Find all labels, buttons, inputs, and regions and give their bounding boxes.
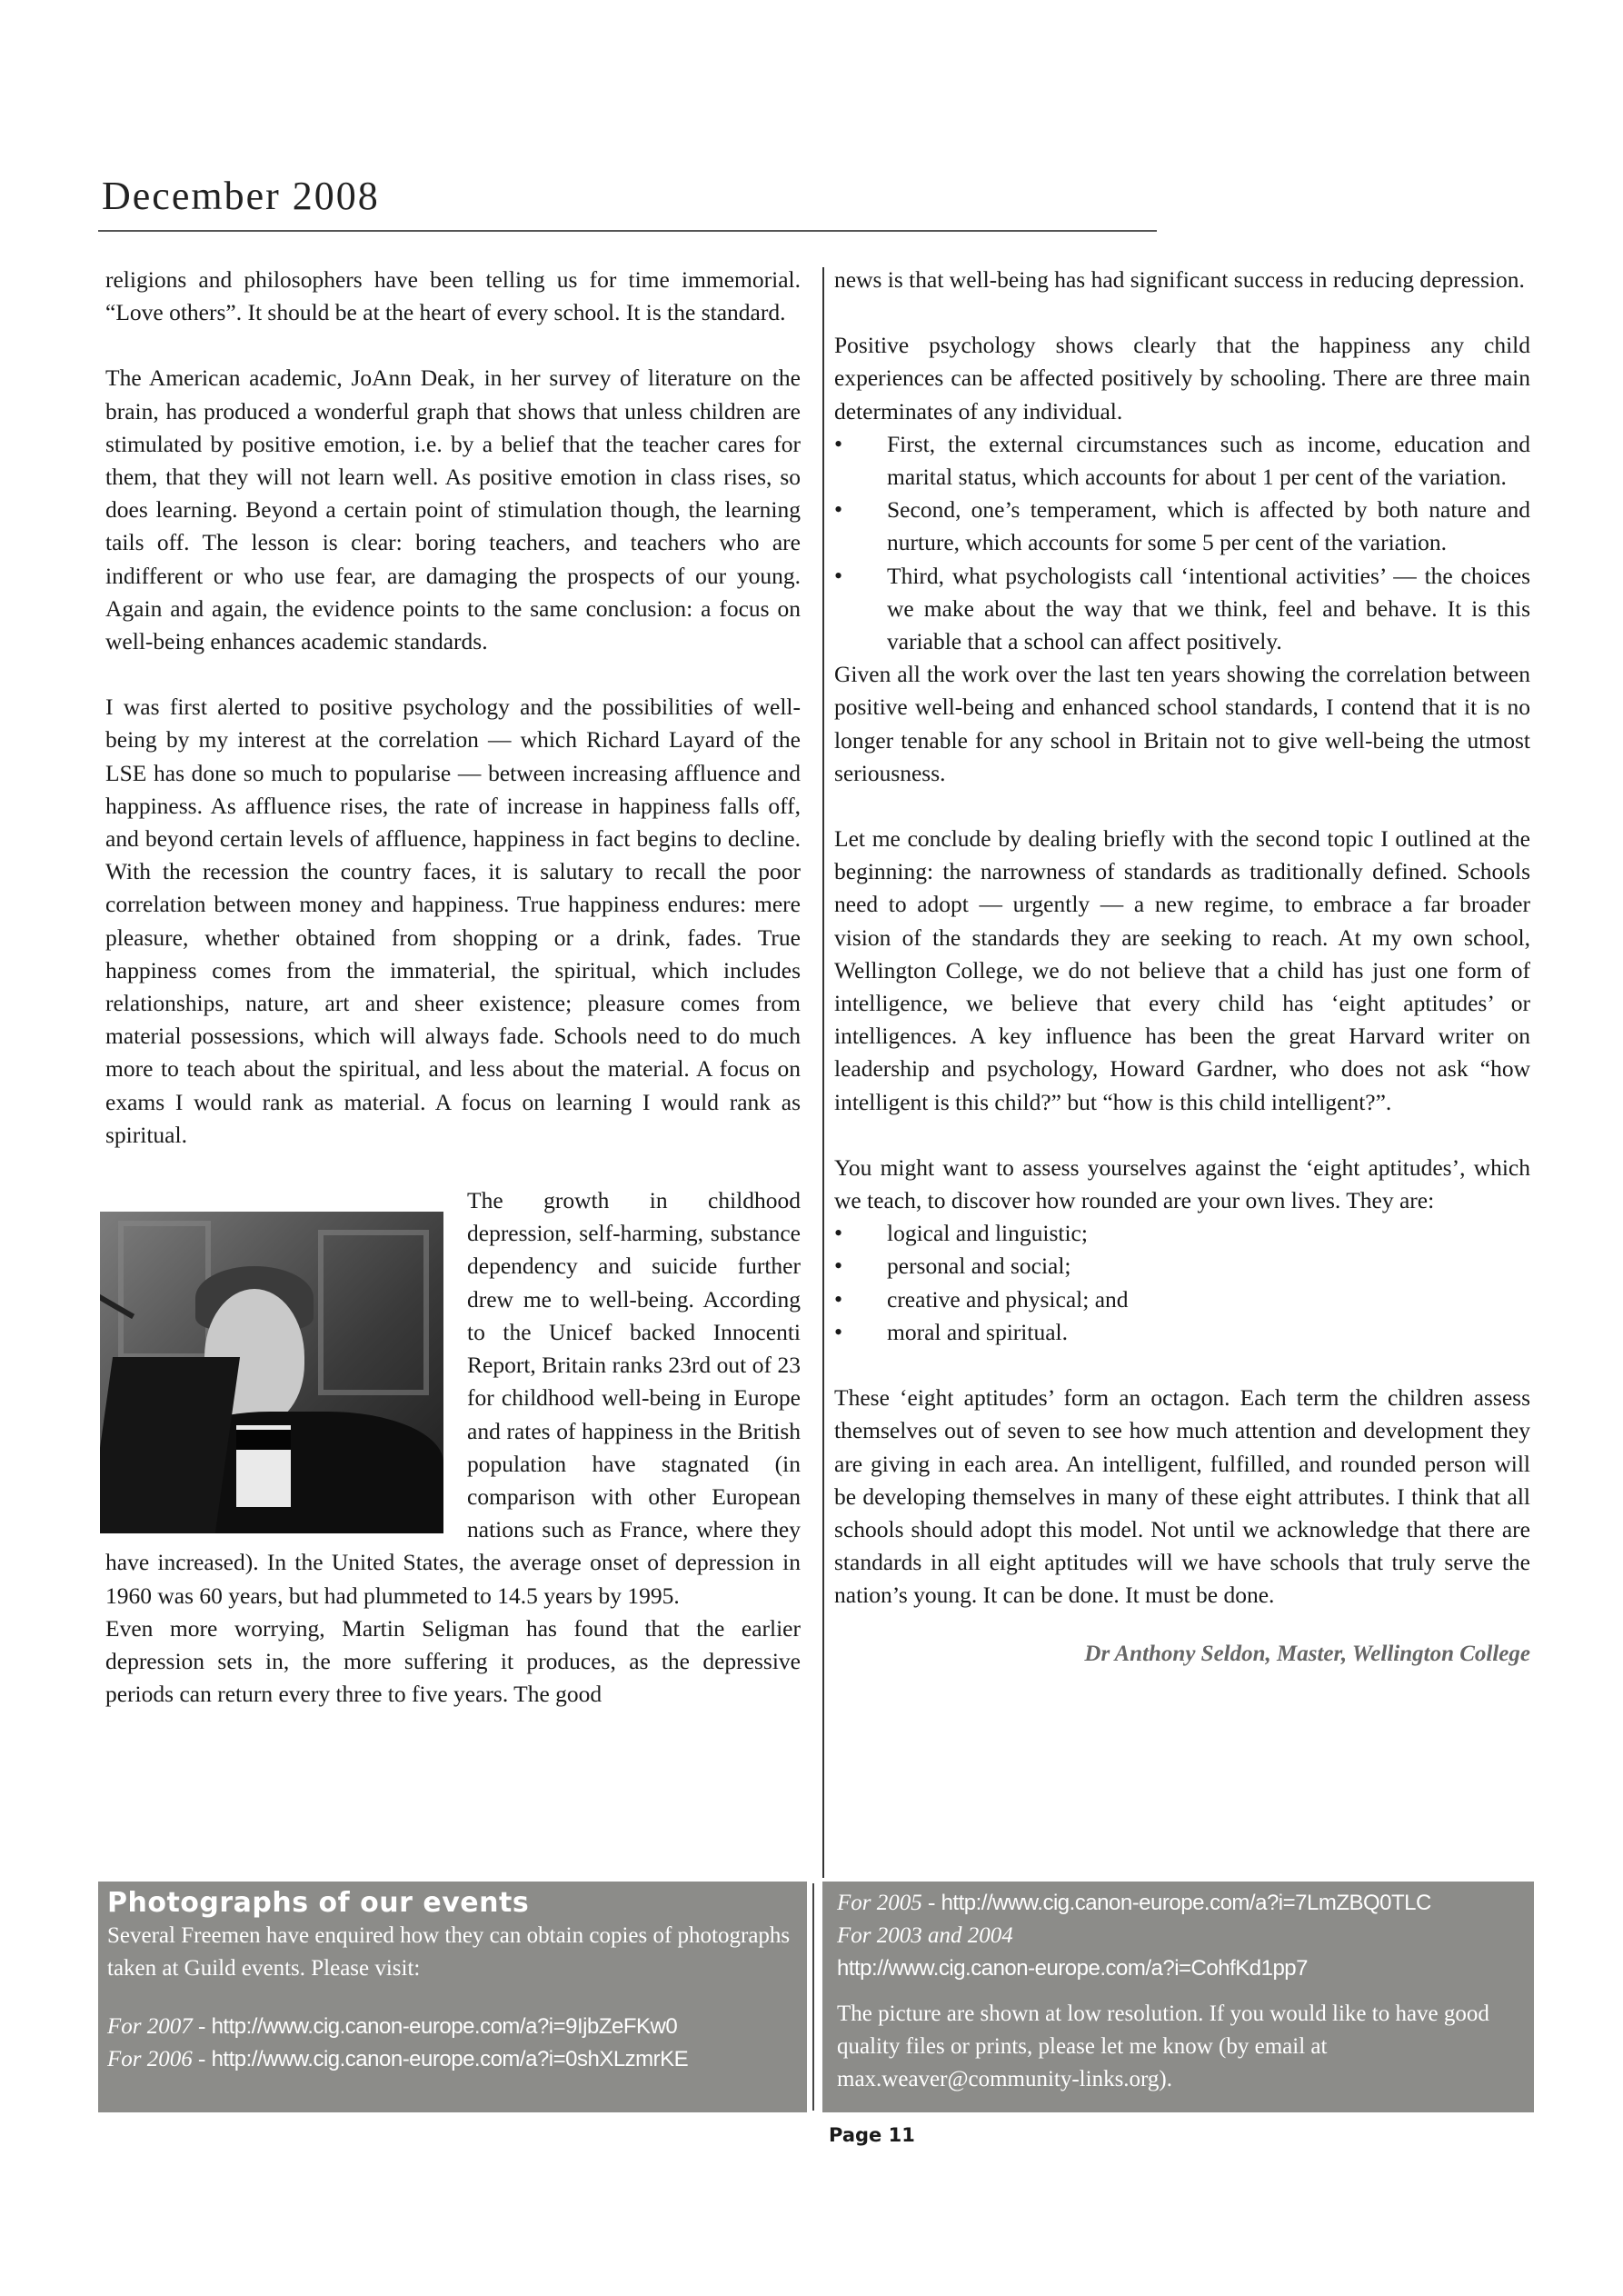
photos-box-note: The picture are shown at low resolution.… [837, 1998, 1525, 2096]
header-rule [98, 230, 1157, 232]
paragraph: Given all the work over the last ten yea… [834, 658, 1530, 790]
page-header-title: December 2008 [102, 173, 380, 219]
speaker-photo [100, 1212, 443, 1533]
link-label: For 2006 - [107, 2047, 212, 2071]
list-item: Third, what psychologists call ‘intentio… [834, 560, 1530, 659]
link-url[interactable]: http://www.cig.canon-europe.com/a?i=9Ijb… [212, 2014, 678, 2039]
paragraph: news is that well-being has had signific… [834, 264, 1530, 296]
photo-link-2007[interactable]: For 2007 - http://www.cig.canon-europe.c… [107, 2011, 798, 2043]
column-divider [822, 267, 824, 1878]
paragraph: Let me conclude by dealing briefly with … [834, 823, 1530, 1119]
photo-link-2003-2004[interactable]: http://www.cig.canon-europe.com/a?i=Cohf… [837, 1952, 1525, 1985]
paragraph: The American academic, JoAnn Deak, in he… [105, 362, 801, 658]
link-url[interactable]: http://www.cig.canon-europe.com/a?i=7LmZ… [941, 1891, 1431, 1915]
link-label: For 2005 - [837, 1891, 941, 1915]
speaker-photo-image [100, 1212, 443, 1533]
list-item: personal and social; [834, 1250, 1530, 1283]
photo-link-2005[interactable]: For 2005 - http://www.cig.canon-europe.c… [837, 1887, 1525, 1920]
list-item: Second, one’s temperament, which is affe… [834, 494, 1530, 559]
paragraph: I was first alerted to positive psycholo… [105, 691, 801, 1152]
determinants-list: First, the external circumstances such a… [834, 428, 1530, 658]
photos-box-title: Photographs of our events [107, 1887, 798, 1920]
left-column: religions and philosophers have been tel… [105, 264, 801, 1711]
paragraph: Even more worrying, Martin Seligman has … [105, 1612, 801, 1712]
list-item: First, the external circumstances such a… [834, 428, 1530, 494]
paragraph: religions and philosophers have been tel… [105, 264, 801, 329]
photos-box-right: For 2005 - http://www.cig.canon-europe.c… [822, 1882, 1534, 2112]
list-item: logical and linguistic; [834, 1217, 1530, 1250]
author-signature: Dr Anthony Seldon, Master, Wellington Co… [834, 1638, 1530, 1671]
list-item: moral and spiritual. [834, 1316, 1530, 1349]
aptitudes-list: logical and linguistic; personal and soc… [834, 1217, 1530, 1349]
photos-box-left: Photographs of our events Several Freeme… [98, 1882, 807, 2112]
paragraph: You might want to assess yourselves agai… [834, 1152, 1530, 1217]
right-column: news is that well-being has had signific… [834, 264, 1530, 1671]
link-label: For 2003 and 2004 [837, 1920, 1525, 1952]
paragraph: These ‘eight aptitudes’ form an octagon.… [834, 1382, 1530, 1612]
photos-box-intro: Several Freemen have enquired how they c… [107, 1920, 798, 1985]
page-number: Page 11 [829, 2124, 915, 2146]
link-label: For 2007 - [107, 2014, 212, 2039]
list-item: creative and physical; and [834, 1283, 1530, 1316]
link-url[interactable]: http://www.cig.canon-europe.com/a?i=0shX… [212, 2047, 689, 2071]
box-divider [812, 1883, 814, 2111]
photo-link-2006[interactable]: For 2006 - http://www.cig.canon-europe.c… [107, 2043, 798, 2076]
paragraph: Positive psychology shows clearly that t… [834, 329, 1530, 428]
